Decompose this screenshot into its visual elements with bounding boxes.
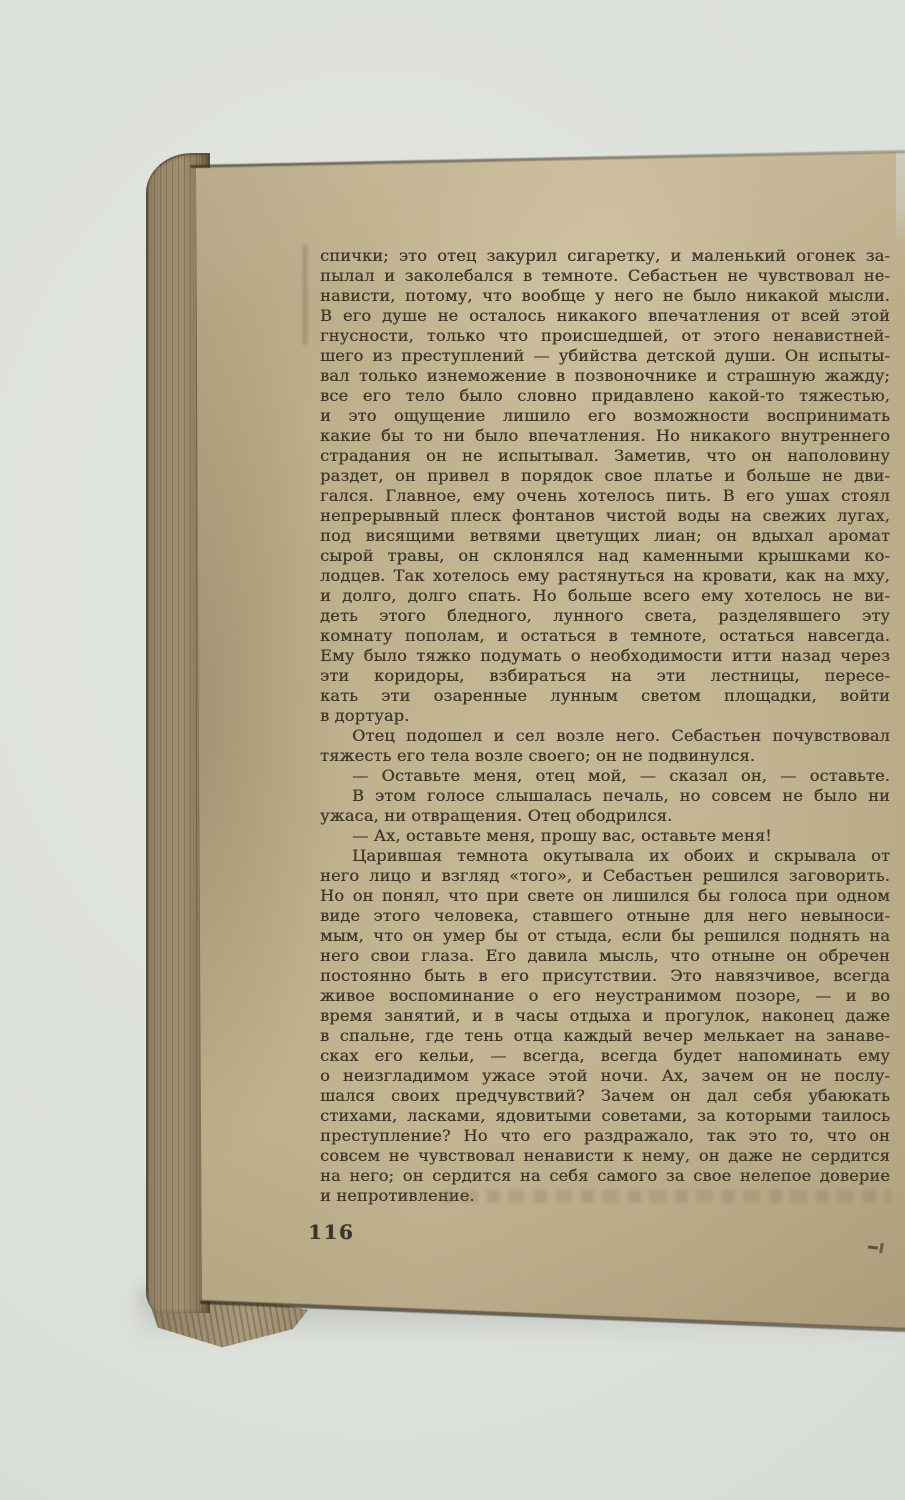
page-text: спички; это отец закурил сигаретку, и ма… xyxy=(320,246,890,1206)
gutter-smudge xyxy=(303,245,307,345)
text-line: него свои глаза. Его давила мысль, что о… xyxy=(320,946,890,966)
text-line: Но он понял, что при свете он лишился бы… xyxy=(320,886,890,906)
text-line: вал только изнеможение в позвоночнике и … xyxy=(320,366,890,386)
text-line: ужаса, ни отвращения. Отец ободрился. xyxy=(320,806,890,826)
text-line: под висящими ветвями цветущих лиан; он в… xyxy=(320,526,890,546)
text-line: постоянно быть в его присутствии. Это на… xyxy=(320,966,890,986)
book-page: спички; это отец закурил сигаретку, и ма… xyxy=(196,146,905,1332)
text-line: спички; это отец закурил сигаретку, и ма… xyxy=(320,246,890,266)
text-line: виде этого человека, ставшего отныне для… xyxy=(320,906,890,926)
text-line: на него; он сердится на себя самого за с… xyxy=(320,1166,890,1186)
text-line: — Оставьте меня, отец мой, — сказал он, … xyxy=(320,766,890,786)
text-line: кать эти озаренные лунным светом площадк… xyxy=(320,686,890,706)
text-line: страдания он не испытывал. Заметив, что … xyxy=(320,446,890,466)
text-line: о неизгладимом ужасе этой ночи. Ах, заче… xyxy=(320,1066,890,1086)
stray-ink-mark xyxy=(868,1242,886,1255)
text-line: и долго, долго спать. Но больше всего ем… xyxy=(320,586,890,606)
text-line: сырой травы, он склонялся над каменными … xyxy=(320,546,890,566)
scan-background: спички; это отец закурил сигаретку, и ма… xyxy=(0,0,905,1500)
text-line: В его душе не осталось никакого впечатле… xyxy=(320,306,890,326)
text-line: шался своих предчувствий? Зачем он дал с… xyxy=(320,1086,890,1106)
text-line: сках его кельи, — всегда, всегда будет н… xyxy=(320,1046,890,1066)
text-line: в дортуар. xyxy=(320,706,890,726)
text-line: мым, что он умер бы от стыда, если бы ре… xyxy=(320,926,890,946)
text-line: время занятий, и в часы отдыха и прогуло… xyxy=(320,1006,890,1026)
text-line: него лицо и взгляд «того», и Себастьен р… xyxy=(320,866,890,886)
text-line: Царившая темнота окутывала их обоих и ск… xyxy=(320,846,890,866)
show-through-text xyxy=(440,1190,892,1203)
text-line: какие бы то ни было впечатления. Но ника… xyxy=(320,426,890,446)
text-line: Ему было тяжко подумать о необходимости … xyxy=(320,646,890,666)
page-number: 116 xyxy=(308,1220,354,1244)
text-line: гался. Главное, ему очень хотелось пить.… xyxy=(320,486,890,506)
text-line: В этом голосе слышалась печаль, но совсе… xyxy=(320,786,890,806)
text-line: комнату пополам, и остаться в темноте, о… xyxy=(320,626,890,646)
text-line: тяжесть его тела возле своего; он не под… xyxy=(320,746,890,766)
text-line: непрерывный плеск фонтанов чистой воды н… xyxy=(320,506,890,526)
text-line: гнусности, только что происшедшей, от эт… xyxy=(320,326,890,346)
text-line: раздет, он привел в порядок свое платье … xyxy=(320,466,890,486)
text-line: — Ах, оставьте меня, прошу вас, оставьте… xyxy=(320,826,890,846)
text-line: эти коридоры, взбираться на эти лестницы… xyxy=(320,666,890,686)
text-line: нависти, потому, что вообще у него не бы… xyxy=(320,286,890,306)
text-line: и это ощущение лишило его возможности во… xyxy=(320,406,890,426)
text-line: преступление? Но что его раздражало, так… xyxy=(320,1126,890,1146)
text-line: в спальне, где тень отца каждый вечер ме… xyxy=(320,1026,890,1046)
text-line: живое воспоминание о его неустранимом по… xyxy=(320,986,890,1006)
text-line: все его тело было словно придавлено како… xyxy=(320,386,890,406)
text-line: стихами, ласками, ядовитыми советами, за… xyxy=(320,1106,890,1126)
text-line: совсем не чувствовал ненависти к нему, о… xyxy=(320,1146,890,1166)
text-line: деть этого бледного, лунного света, разд… xyxy=(320,606,890,626)
text-line: пылал и заколебался в темноте. Себастьен… xyxy=(320,266,890,286)
text-line: шего из преступлений — убийства детской … xyxy=(320,346,890,366)
top-right-page-edge xyxy=(896,146,905,246)
text-line: Отец подошел и сел возле него. Себастьен… xyxy=(320,726,890,746)
text-line: лодцев. Так хотелось ему растянуться на … xyxy=(320,566,890,586)
